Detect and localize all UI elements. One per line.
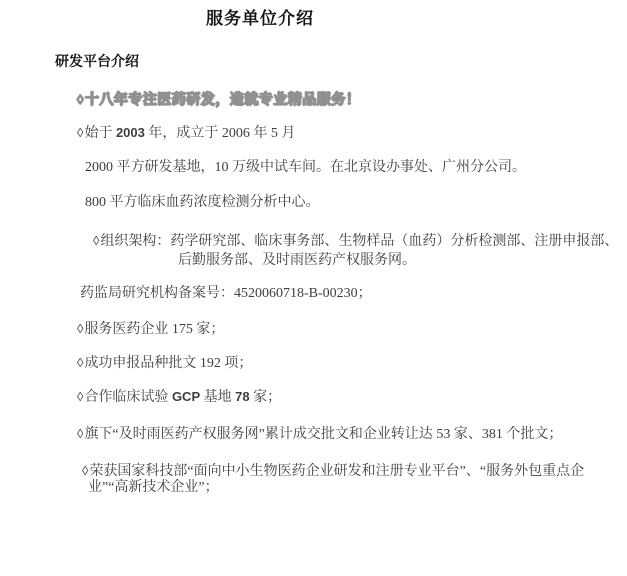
text-run: 旗下“及时雨医药产权服务网”累计成交批文和企业转让达 53 家、381 个批文； <box>84 427 562 442</box>
text-run: 服务医药企业 175 家； <box>84 322 224 337</box>
transfer-line: ◊旗下“及时雨医药产权服务网”累计成交批文和企业转让达 53 家、381 个批文… <box>77 425 562 443</box>
diamond-bullet-icon: ◊ <box>93 233 99 248</box>
text-run: 基地 <box>200 390 235 405</box>
text-run: 业”“高新技术企业”； <box>88 480 219 495</box>
text-run: 服务单位介绍 <box>206 9 314 28</box>
slogan-line: ◊十八年专注医药研发，造就专业精品服务！ <box>77 91 360 109</box>
diamond-bullet-icon: ◊ <box>77 389 83 404</box>
text-run: 年，成立于 2006 年 5 月 <box>145 126 296 141</box>
facility-line: 2000 平方研发基地，10 万级中试车间。在北京设办事处、广州分公司。 <box>85 159 526 176</box>
text-run: 研发平台介绍 <box>55 53 139 69</box>
diamond-bullet-icon: ◊ <box>77 321 83 336</box>
diamond-bullet-icon: ◊ <box>82 463 88 478</box>
text-run: 荣获国家科技部“面向中小生物医药企业研发和注册专业平台”、“服务外包重点企 <box>89 464 584 479</box>
gcp-line: ◊合作临床试验 GCP 基地 78 家； <box>77 388 281 406</box>
approvals-line: ◊成功申报品种批文 192 项； <box>77 354 252 372</box>
org-structure-line-1: ◊组织架构：药学研究部、临床事务部、生物样品（血药）分析检测部、注册申报部、 <box>93 232 618 250</box>
text-run: 2000 平方研发基地，10 万级中试车间。在北京设办事处、广州分公司。 <box>85 160 526 175</box>
text-run: 药监局研究机构备案号：4520060718-B-00230； <box>80 286 372 301</box>
numeric-text-run: GCP <box>172 389 200 404</box>
text-run: 成功申报品种批文 192 项； <box>84 356 252 371</box>
org-structure-line-2: 后勤服务部、及时雨医药产权服务网。 <box>178 252 416 269</box>
founding-line: ◊始于 2003 年，成立于 2006 年 5 月 <box>77 124 295 142</box>
document-title: 服务单位介绍 <box>0 10 520 27</box>
numeric-text-run: 78 <box>235 389 249 404</box>
lab-line: 800 平方临床血药浓度检测分析中心。 <box>85 194 320 211</box>
numeric-text-run: 2003 <box>116 125 145 140</box>
honors-line-1: ◊荣获国家科技部“面向中小生物医药企业研发和注册专业平台”、“服务外包重点企 <box>82 462 584 480</box>
text-run: 始于 <box>84 126 116 141</box>
diamond-bullet-icon: ◊ <box>77 426 83 441</box>
served-companies-line: ◊服务医药企业 175 家； <box>77 320 224 338</box>
section-heading: 研发平台介绍 <box>55 53 139 70</box>
honors-line-2: 业”“高新技术企业”； <box>88 479 219 496</box>
text-run: 后勤服务部、及时雨医药产权服务网。 <box>178 253 416 268</box>
text-run: 组织架构：药学研究部、临床事务部、生物样品（血药）分析检测部、注册申报部、 <box>100 234 618 249</box>
registration-line: 药监局研究机构备案号：4520060718-B-00230； <box>80 285 372 302</box>
text-run: 十八年专注医药研发，造就专业精品服务！ <box>85 93 361 108</box>
diamond-bullet-icon: ◊ <box>77 125 83 140</box>
document-page: 服务单位介绍研发平台介绍◊十八年专注医药研发，造就专业精品服务！◊始于 2003… <box>0 0 627 576</box>
text-run: 家； <box>250 390 282 405</box>
diamond-bullet-icon: ◊ <box>77 92 84 107</box>
text-run: 800 平方临床血药浓度检测分析中心。 <box>85 195 320 210</box>
diamond-bullet-icon: ◊ <box>77 355 83 370</box>
text-run: 合作临床试验 <box>84 390 172 405</box>
